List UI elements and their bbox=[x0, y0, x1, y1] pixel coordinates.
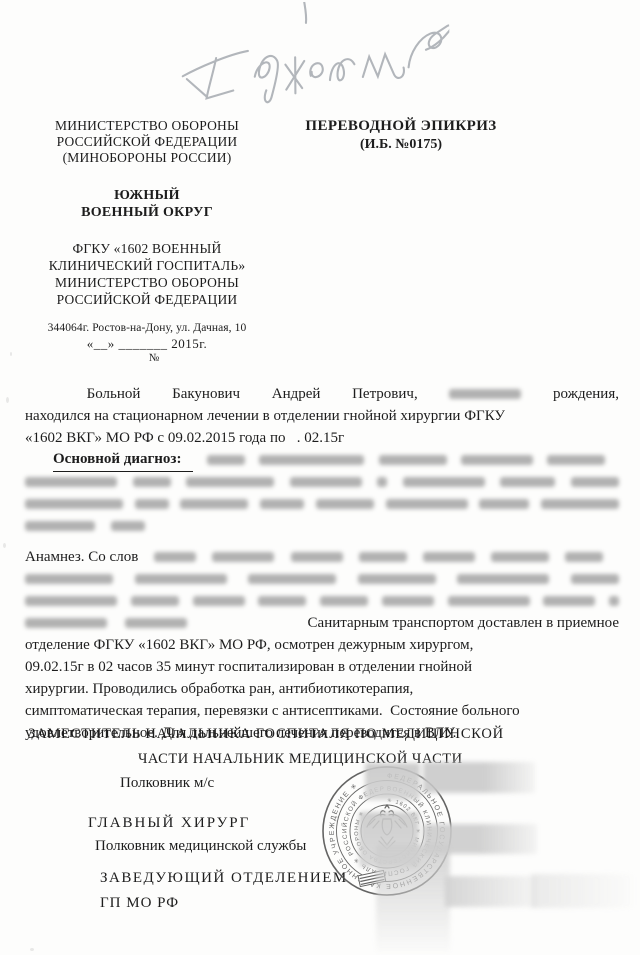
redacted-word bbox=[25, 618, 107, 628]
redacted-word bbox=[135, 574, 227, 584]
redacted-word bbox=[260, 499, 304, 509]
redacted-word bbox=[316, 499, 374, 509]
redacted-word bbox=[180, 499, 248, 509]
redaction-block bbox=[531, 874, 633, 908]
pen-stroke bbox=[407, 25, 452, 67]
scan-speck bbox=[6, 397, 9, 403]
hospital-address: 344064г. Ростов-на-Дону, ул. Дачная, 10 bbox=[18, 322, 276, 334]
redaction-block bbox=[365, 763, 420, 800]
handwritten-note bbox=[156, 0, 451, 109]
body-word: Андрей bbox=[272, 383, 321, 405]
district-line: ЮЖНЫЙ bbox=[18, 187, 276, 204]
redacted-word bbox=[359, 552, 407, 562]
body-word: Петрович, bbox=[352, 383, 418, 405]
anamnesis-mixed-line: Санитарным транспортом доставлен в прием… bbox=[25, 612, 619, 634]
redacted-word bbox=[403, 477, 485, 487]
head-of-department-org: ГП МО РФ bbox=[100, 895, 179, 912]
body-word: Бакунович bbox=[172, 383, 240, 405]
header-left: МИНИСТЕРСТВО ОБОРОНЫ РОССИЙСКОЙ ФЕДЕРАЦИ… bbox=[18, 118, 276, 364]
redacted-word bbox=[377, 477, 387, 487]
redacted-word bbox=[382, 596, 434, 606]
paragraph-gap bbox=[25, 537, 619, 546]
redacted-word bbox=[457, 574, 549, 584]
head-of-department-title: ЗАВЕДУЮЩИЙ ОТДЕЛЕНИЕМ bbox=[100, 870, 348, 887]
redacted-word bbox=[448, 596, 530, 606]
redacted-word bbox=[491, 552, 549, 562]
redacted-diagnosis-text bbox=[193, 455, 619, 465]
redacted-word bbox=[133, 477, 171, 487]
redacted-word bbox=[259, 455, 364, 465]
ministry-line: РОССИЙСКОЙ ФЕДЕРАЦИИ bbox=[18, 134, 276, 150]
redacted-word bbox=[320, 596, 368, 606]
hospital-line: МИНИСТЕРСТВО ОБОРОНЫ bbox=[18, 274, 276, 291]
body-line: симптоматическая терапия, перевязки с ан… bbox=[25, 700, 619, 722]
ministry-line: (МИНОБОРОНЫ РОССИИ) bbox=[18, 150, 276, 166]
body-line: хирургии. Проводились обработка ран, ант… bbox=[25, 678, 619, 700]
redacted-word bbox=[154, 552, 196, 562]
document-title: ПЕРЕВОДНОЙ ЭПИКРИЗ bbox=[281, 118, 521, 135]
diagnosis-label: Основной диагноз: bbox=[53, 448, 193, 472]
deputy-head-rank: Полковник м/с bbox=[120, 775, 214, 792]
redacted-word bbox=[186, 477, 274, 487]
redacted-word bbox=[543, 596, 595, 606]
body-word: рождения, bbox=[553, 383, 619, 405]
anamnesis-line: Анамнез. Со слов bbox=[25, 546, 619, 568]
redacted-word bbox=[25, 574, 113, 584]
document-title-block: ПЕРЕВОДНОЙ ЭПИКРИЗ (И.Б. №0175) bbox=[281, 118, 521, 153]
hospital-name: ФГКУ «1602 ВОЕННЫЙ КЛИНИЧЕСКИЙ ГОСПИТАЛЬ… bbox=[18, 240, 276, 308]
redacted-anamnesis-text bbox=[25, 618, 187, 628]
redacted-anamnesis-row bbox=[25, 590, 619, 612]
number-sign: № bbox=[18, 352, 276, 364]
patient-intro-line: Больной Бакунович Андрей Петрович, рожде… bbox=[25, 383, 619, 405]
body-line: находился на стационарном лечении в отде… bbox=[25, 405, 619, 427]
anamnesis-label: Анамнез. Со слов bbox=[25, 546, 138, 568]
pen-stroke bbox=[304, 2, 306, 23]
body-line: 09.02.15г в 02 часов 35 минут госпитализ… bbox=[25, 656, 619, 678]
body-word: Больной bbox=[87, 383, 141, 405]
redacted-word bbox=[131, 596, 179, 606]
redacted-word bbox=[258, 596, 306, 606]
redacted-word bbox=[609, 596, 619, 606]
pen-stroke bbox=[310, 63, 323, 77]
pen-stroke bbox=[182, 51, 250, 99]
redaction-block bbox=[423, 762, 535, 793]
ministry-name: МИНИСТЕРСТВО ОБОРОНЫ РОССИЙСКОЙ ФЕДЕРАЦИ… bbox=[18, 118, 276, 166]
redacted-word bbox=[290, 477, 362, 487]
redacted-diagnosis-row bbox=[25, 471, 619, 493]
body-line: отделение ФГКУ «1602 ВКГ» МО РФ, осмотре… bbox=[25, 634, 619, 656]
redacted-word bbox=[541, 499, 619, 509]
scan-speck bbox=[30, 948, 34, 951]
ministry-line: МИНИСТЕРСТВО ОБОРОНЫ bbox=[18, 118, 276, 134]
redacted-word bbox=[461, 455, 533, 465]
hospital-line: ФГКУ «1602 ВОЕННЫЙ bbox=[18, 240, 276, 257]
hospital-line: КЛИНИЧЕСКИЙ ГОСПИТАЛЬ» bbox=[18, 257, 276, 274]
redacted-word bbox=[212, 552, 274, 562]
scan-speck bbox=[3, 543, 6, 548]
redacted-word bbox=[25, 499, 123, 509]
pen-stroke bbox=[329, 59, 355, 81]
chief-surgeon-rank: Полковник медицинской службы bbox=[95, 838, 306, 855]
redacted-word bbox=[571, 574, 619, 584]
redacted-word bbox=[500, 477, 555, 487]
case-history-number: (И.Б. №0175) bbox=[281, 137, 521, 153]
redacted-word bbox=[423, 552, 475, 562]
military-district: ЮЖНЫЙ ВОЕННЫЙ ОКРУГ bbox=[18, 187, 276, 221]
redacted-word bbox=[25, 521, 95, 531]
redacted-word bbox=[111, 521, 145, 531]
redaction-block bbox=[445, 876, 537, 907]
redacted-word bbox=[386, 499, 468, 509]
pen-stroke bbox=[254, 56, 279, 103]
redacted-word bbox=[135, 499, 169, 509]
redacted-word bbox=[547, 455, 605, 465]
pen-stroke bbox=[362, 54, 404, 80]
redacted-word bbox=[248, 574, 336, 584]
chief-surgeon-title: ГЛАВНЫЙ ХИРУРГ bbox=[88, 815, 250, 832]
redacted-diagnosis-row bbox=[25, 515, 145, 537]
redacted-word bbox=[571, 477, 619, 487]
redaction-block bbox=[376, 845, 450, 953]
redacted-birth-date bbox=[449, 389, 521, 399]
redacted-diagnosis-row bbox=[25, 493, 619, 515]
redacted-word bbox=[207, 455, 245, 465]
document-body: Больной Бакунович Андрей Петрович, рожде… bbox=[25, 383, 619, 744]
redacted-word bbox=[565, 552, 603, 562]
document-page: МИНИСТЕРСТВО ОБОРОНЫ РОССИЙСКОЙ ФЕДЕРАЦИ… bbox=[0, 0, 640, 955]
diagnosis-line: Основной диагноз: bbox=[25, 449, 619, 471]
redacted-word bbox=[25, 477, 117, 487]
redacted-word bbox=[25, 596, 117, 606]
redacted-anamnesis-row bbox=[25, 568, 619, 590]
body-line: «1602 ВКГ» МО РФ с 09.02.2015 года по . … bbox=[25, 427, 619, 449]
body-text: Санитарным транспортом доставлен в прием… bbox=[308, 612, 619, 634]
pen-stroke bbox=[285, 57, 305, 94]
date-blank-line: «__» _______ 2015г. bbox=[18, 336, 276, 352]
redacted-word bbox=[125, 618, 187, 628]
redacted-word bbox=[479, 499, 529, 509]
redacted-word bbox=[358, 574, 436, 584]
redacted-word bbox=[449, 389, 521, 399]
redacted-word bbox=[291, 552, 343, 562]
scan-speck bbox=[10, 352, 12, 356]
redacted-anamnesis-text bbox=[138, 552, 619, 562]
hospital-line: РОССИЙСКОЙ ФЕДЕРАЦИИ bbox=[18, 291, 276, 308]
deputy-head-title-line1: ЗАМЕСТИТЕЛЬ НАЧАЛЬНИКА ГОСПИТАЛЯ ПО МЕДИ… bbox=[28, 726, 504, 743]
redacted-word bbox=[193, 596, 245, 606]
redacted-word bbox=[379, 455, 447, 465]
district-line: ВОЕННЫЙ ОКРУГ bbox=[18, 204, 276, 221]
